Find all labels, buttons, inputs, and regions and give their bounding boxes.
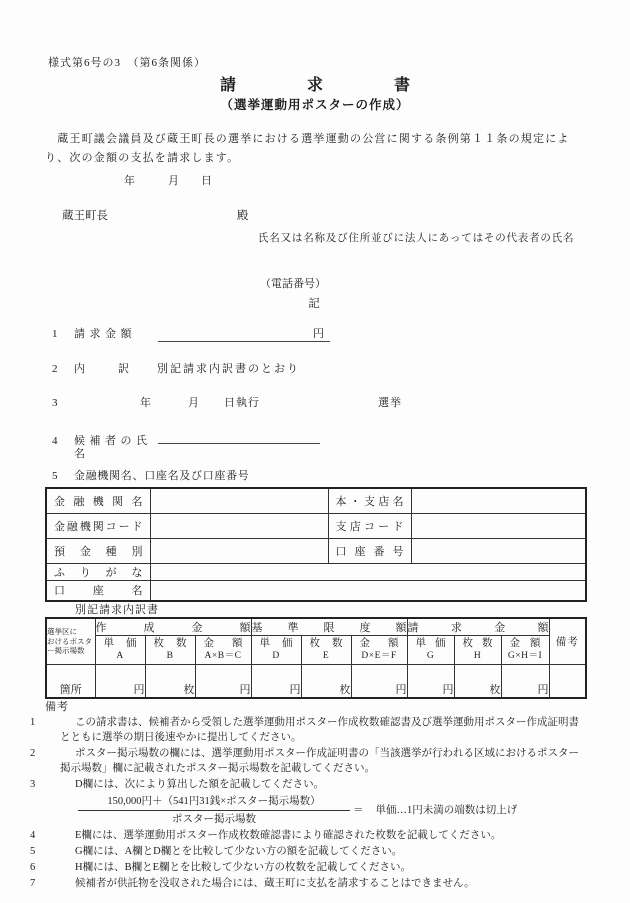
- note-item: 1この請求書は、候補者から受領した選挙運動用ポスター作成枚数確認書及び選挙運動用…: [45, 715, 585, 745]
- col-header-amount-i: 金額G×H＝I: [501, 636, 549, 665]
- fraction: 150,000円＋（541円31銭×ポスター掲示場数） ポスター掲示場数: [78, 795, 350, 826]
- intro-paragraph: 蔵王町議会議員及び蔵王町長の選挙における選挙運動の公営に関する条例第１１条の規定…: [45, 130, 577, 168]
- unit-cell-yen: 円: [501, 665, 549, 698]
- account-name-label: 口座名: [46, 580, 150, 601]
- col-header-amount-f: 金額D×E＝F: [351, 636, 407, 665]
- unit-cell-yen: 円: [251, 665, 301, 698]
- bank-info-table: 金融機関名 本・支店名 金融機関コード 支店コード 預金種別 口座番号 ふりがな…: [45, 487, 587, 602]
- item-number: 2: [52, 363, 74, 376]
- unit-cell-yen: 円: [95, 665, 145, 698]
- bank-name-value: [150, 488, 328, 513]
- item-label: 内 訳: [74, 363, 157, 376]
- note-number: 5: [45, 844, 75, 859]
- note-number: 2: [45, 746, 75, 761]
- bank-code-label: 金融機関コード: [46, 513, 150, 538]
- yen-unit-label: 円: [313, 328, 324, 340]
- deposit-type-label: 預金種別: [46, 538, 150, 563]
- col-title: 単価: [408, 637, 454, 650]
- title-row: 請求書: [0, 77, 630, 95]
- item-label: 請求金額: [74, 328, 158, 341]
- col-formula: B: [146, 650, 195, 663]
- remarks-header: 備考: [549, 618, 586, 665]
- col-header-count-e: 枚数E: [301, 636, 351, 665]
- account-name-value: [150, 580, 586, 601]
- item-label: 金融機関名、口座名及び口座番号: [74, 470, 250, 483]
- group-header-limit: 基準限度額: [251, 618, 407, 636]
- unit-cell-sites: 箇所: [46, 665, 95, 698]
- branch-code-label: 支店コード: [328, 513, 411, 538]
- note-text: ポスター掲示場数の欄には、選挙運動用ポスター作成証明書の「当該選挙が行われる区域…: [60, 748, 579, 774]
- item-breakdown: 2 内 訳 別記請求内訳書のとおり: [52, 363, 630, 376]
- table-row: 金融機関コード 支店コード: [46, 513, 586, 538]
- formula-denominator: ポスター掲示場数: [78, 811, 350, 826]
- table-row: ふりがな: [46, 563, 586, 580]
- phone-label: （電話番号）: [260, 278, 630, 291]
- form-number: 様式第6号の3 （第6条関係）: [48, 0, 630, 70]
- deposit-type-value: [150, 538, 328, 563]
- col-title: 枚数: [455, 637, 501, 650]
- formula-note: 単価…1円未満の端数は切上げ: [376, 804, 518, 817]
- furigana-label: ふりがな: [46, 563, 150, 580]
- note-item: 2ポスター掲示場数の欄には、選挙運動用ポスター作成証明書の「当該選挙が行われる区…: [45, 746, 585, 776]
- candidate-name-underline: [158, 430, 320, 444]
- addressee-honorific: 殿: [237, 210, 249, 222]
- note-text: E欄には、選挙運動用ポスター作成枚数確認書により確認された枚数を記載してください…: [75, 830, 501, 841]
- col-formula: A: [96, 650, 145, 663]
- col-formula: G×H＝I: [502, 650, 549, 663]
- table-row: 選挙区に おけるポスタ ー掲示場数 作成金額 基準限度額 請求金額 備考: [46, 618, 586, 636]
- date-line: 年 月 日: [124, 175, 630, 188]
- amount-underline: 円: [158, 328, 330, 342]
- col-title: 金額: [352, 637, 407, 650]
- note-item: 6H欄には、B欄とE欄とを比較して少ない方の枚数を記載してください。: [45, 860, 585, 875]
- col-header-count-h: 枚数H: [454, 636, 501, 665]
- col-header-count-b: 枚数B: [145, 636, 195, 665]
- col-formula: A×B＝C: [196, 650, 251, 663]
- election-suffix: 選挙: [378, 397, 402, 410]
- note-text: D欄には、次により算出した額を記載してください。: [75, 779, 324, 790]
- col-title: 金額: [502, 637, 549, 650]
- item-number: 3: [52, 397, 74, 410]
- page-subtitle: （選挙運動用ポスターの作成）: [0, 98, 630, 113]
- bank-name-label: 金融機関名: [46, 488, 150, 513]
- item-number: 1: [52, 328, 74, 341]
- formula-numerator: 150,000円＋（541円31銭×ポスター掲示場数）: [78, 795, 350, 811]
- note-item: 3D欄には、次により算出した額を記載してください。: [45, 777, 585, 792]
- note-number: 1: [45, 715, 75, 730]
- election-date-text: 年 月 日執行: [140, 397, 260, 410]
- item-number: 5: [52, 470, 74, 483]
- account-number-value: [411, 538, 586, 563]
- item-bank-info: 5 金融機関名、口座名及び口座番号: [52, 470, 630, 483]
- note-text: この請求書は、候補者から受領した選挙運動用ポスター作成枚数確認書及び選挙運動用ポ…: [60, 717, 579, 743]
- col-formula: G: [408, 650, 454, 663]
- equals-sign: ＝: [353, 804, 364, 817]
- unit-cell-sheets: 枚: [145, 665, 195, 698]
- unit-cell-sheets: 枚: [454, 665, 501, 698]
- document-page: 様式第6号の3 （第6条関係） 請求書 （選挙運動用ポスターの作成） 蔵王町議会…: [0, 0, 630, 903]
- table-row: 単価A 枚数B 金額A×B＝C 単価D 枚数E 金額D×E＝F 単価G 枚数H …: [46, 636, 586, 665]
- col-formula: E: [302, 650, 351, 663]
- remarks-value-cell: [549, 665, 586, 698]
- note-number: 4: [45, 828, 75, 843]
- col-header-unit-price-a: 単価A: [95, 636, 145, 665]
- account-number-label: 口座番号: [328, 538, 411, 563]
- addressee-line: 蔵王町長 殿: [62, 209, 630, 223]
- note-item: 5G欄には、A欄とD欄とを比較して少ない方の額を記載してください。: [45, 844, 585, 859]
- poster-sites-header: 選挙区に おけるポスタ ー掲示場数: [46, 618, 95, 665]
- item-label: 候補者の氏名: [74, 435, 158, 461]
- notes-heading: 備考: [45, 701, 630, 714]
- branch-code-value: [411, 513, 586, 538]
- table-row: 金融機関名 本・支店名: [46, 488, 586, 513]
- item-claim-amount: 1 請求金額 円: [52, 328, 630, 342]
- note-text: H欄には、B欄とE欄とを比較して少ない方の枚数を記載してください。: [75, 862, 411, 873]
- note-text: G欄には、A欄とD欄とを比較して少ない方の額を記載してください。: [75, 846, 402, 857]
- ki-marker: 記: [0, 297, 630, 311]
- group-header-claim: 請求金額: [407, 618, 549, 636]
- item-candidate-name: 4 候補者の氏名: [52, 430, 630, 461]
- unit-price-formula: 150,000円＋（541円31銭×ポスター掲示場数） ポスター掲示場数 ＝ 単…: [78, 795, 630, 826]
- col-header-unit-price-d: 単価D: [251, 636, 301, 665]
- table-row: 箇所 円 枚 円 円 枚 円 円 枚 円: [46, 665, 586, 698]
- col-title: 単価: [252, 637, 301, 650]
- note-item: 7候補者が供託物を没収された場合には、蔵王町に支払を請求することはできません。: [45, 876, 585, 891]
- branch-name-value: [411, 488, 586, 513]
- branch-name-label: 本・支店名: [328, 488, 411, 513]
- col-header-unit-price-g: 単価G: [407, 636, 454, 665]
- item-election-date: 3 年 月 日執行 選挙: [52, 397, 630, 410]
- table-row: 口座名: [46, 580, 586, 601]
- col-title: 金額: [196, 637, 251, 650]
- col-title: 単価: [96, 637, 145, 650]
- name-note: 氏名又は名称及び住所並びに法人にあってはその代表者の氏名: [258, 232, 630, 245]
- note-text: 候補者が供託物を没収された場合には、蔵王町に支払を請求することはできません。: [75, 878, 475, 889]
- furigana-value: [150, 563, 586, 580]
- note-number: 7: [45, 876, 75, 891]
- addressee-name: 蔵王町長: [62, 210, 108, 222]
- col-formula: H: [455, 650, 501, 663]
- unit-cell-yen: 円: [407, 665, 454, 698]
- col-header-amount-c: 金額A×B＝C: [195, 636, 251, 665]
- bank-code-value: [150, 513, 328, 538]
- item-number: 4: [52, 435, 74, 448]
- col-formula: D×E＝F: [352, 650, 407, 663]
- breakdown-table: 選挙区に おけるポスタ ー掲示場数 作成金額 基準限度額 請求金額 備考 単価A…: [45, 617, 587, 699]
- unit-cell-yen: 円: [351, 665, 407, 698]
- page-title: 請求書: [220, 77, 481, 94]
- table-row: 預金種別 口座番号: [46, 538, 586, 563]
- breakdown-caption: 別記請求内訳書: [75, 604, 630, 616]
- unit-cell-yen: 円: [195, 665, 251, 698]
- note-number: 3: [45, 777, 75, 792]
- col-title: 枚数: [146, 637, 195, 650]
- group-header-production: 作成金額: [95, 618, 251, 636]
- note-number: 6: [45, 860, 75, 875]
- unit-cell-sheets: 枚: [301, 665, 351, 698]
- note-item: 4E欄には、選挙運動用ポスター作成枚数確認書により確認された枚数を記載してくださ…: [45, 828, 585, 843]
- col-formula: D: [252, 650, 301, 663]
- col-title: 枚数: [302, 637, 351, 650]
- item-value: 別記請求内訳書のとおり: [157, 363, 300, 376]
